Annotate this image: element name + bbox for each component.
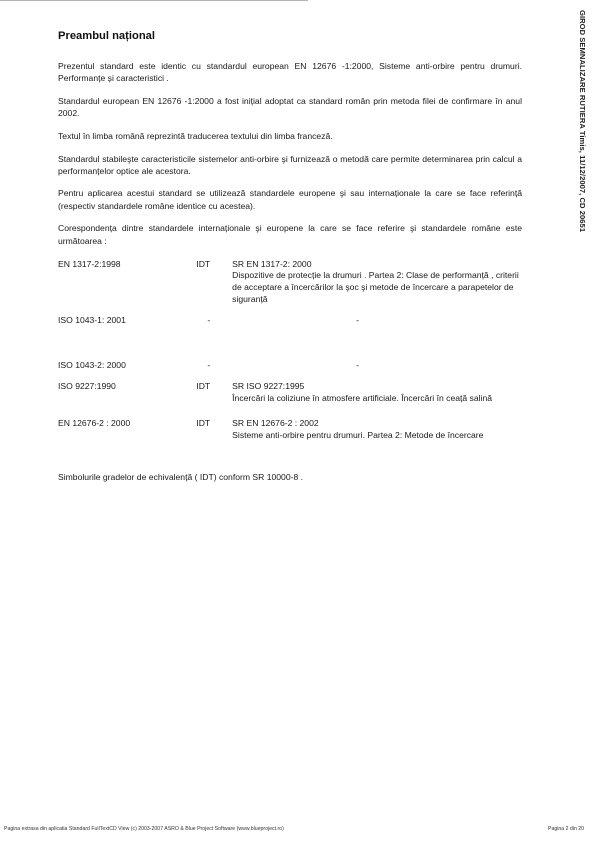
- equivalence-degree: IDT: [196, 381, 232, 418]
- equivalence-degree: -: [196, 315, 210, 327]
- correspondence-table: EN 1317-2:1998 IDT SR EN 1317-2: 2000 Di…: [58, 259, 522, 442]
- sr-standard: SR EN 1317-2: 2000: [232, 259, 522, 271]
- equivalence-symbols-note: Simbolurile gradelor de echivalență ( ID…: [58, 472, 522, 482]
- sr-standard: SR EN 12676-2 : 2002: [232, 418, 522, 430]
- page-title: Preambul național: [58, 30, 522, 42]
- equivalence-degree: -: [196, 360, 210, 372]
- side-stamp-text: GIROD SEMNALIZARE RUTIERA Timis, 11/12/2…: [578, 10, 587, 232]
- paragraph-adoption: Standardul european EN 12676 -1:2000 a f…: [58, 95, 522, 119]
- table-row: ISO 1043-1: 2001 - -: [58, 315, 522, 360]
- intl-standard: EN 12676-2 : 2000: [58, 418, 196, 441]
- intl-standard: ISO 1043-1: 2001: [58, 315, 196, 360]
- footer-page-number: Pagina 2 din 20: [548, 826, 584, 832]
- intl-standard: ISO 1043-2: 2000: [58, 360, 196, 382]
- document-body: Preambul național Prezentul standard est…: [58, 30, 522, 482]
- equivalence-degree: IDT: [196, 259, 232, 315]
- table-row: EN 1317-2:1998 IDT SR EN 1317-2: 2000 Di…: [58, 259, 522, 315]
- intl-standard: EN 1317-2:1998: [58, 259, 196, 315]
- sr-standard: -: [232, 360, 359, 372]
- top-rule: [0, 0, 308, 1]
- footer-source-note: Pagina extrasa din aplicatia Standard Fu…: [4, 826, 284, 832]
- paragraph-application: Pentru aplicarea acestui standard se uti…: [58, 187, 522, 211]
- paragraph-identity: Prezentul standard este identic cu stand…: [58, 60, 522, 84]
- sr-standard-title: Sisteme anti-orbire pentru drumuri. Part…: [232, 430, 522, 442]
- table-row: EN 12676-2 : 2000 IDT SR EN 12676-2 : 20…: [58, 418, 522, 441]
- paragraph-translation: Textul în limba română reprezintă traduc…: [58, 130, 522, 142]
- side-watermark-stamp: GIROD SEMNALIZARE RUTIERA Timis, 11/12/2…: [574, 10, 588, 270]
- table-row: ISO 1043-2: 2000 - -: [58, 360, 522, 382]
- sr-standard-title: Încercări la coliziune în atmosfere arti…: [232, 393, 494, 405]
- paragraph-scope: Standardul stabileşte caracteristicile s…: [58, 153, 522, 177]
- sr-standard: -: [232, 315, 359, 327]
- sr-standard: SR ISO 9227:1995: [232, 381, 522, 393]
- table-row: ISO 9227:1990 IDT SR ISO 9227:1995 Încer…: [58, 381, 522, 418]
- intl-standard: ISO 9227:1990: [58, 381, 196, 418]
- paragraph-correspondence-intro: Corespondența dintre standardele interna…: [58, 222, 522, 246]
- sr-standard-title: Dispozitive de protecție la drumuri . Pa…: [232, 270, 522, 305]
- equivalence-degree: IDT: [196, 418, 232, 441]
